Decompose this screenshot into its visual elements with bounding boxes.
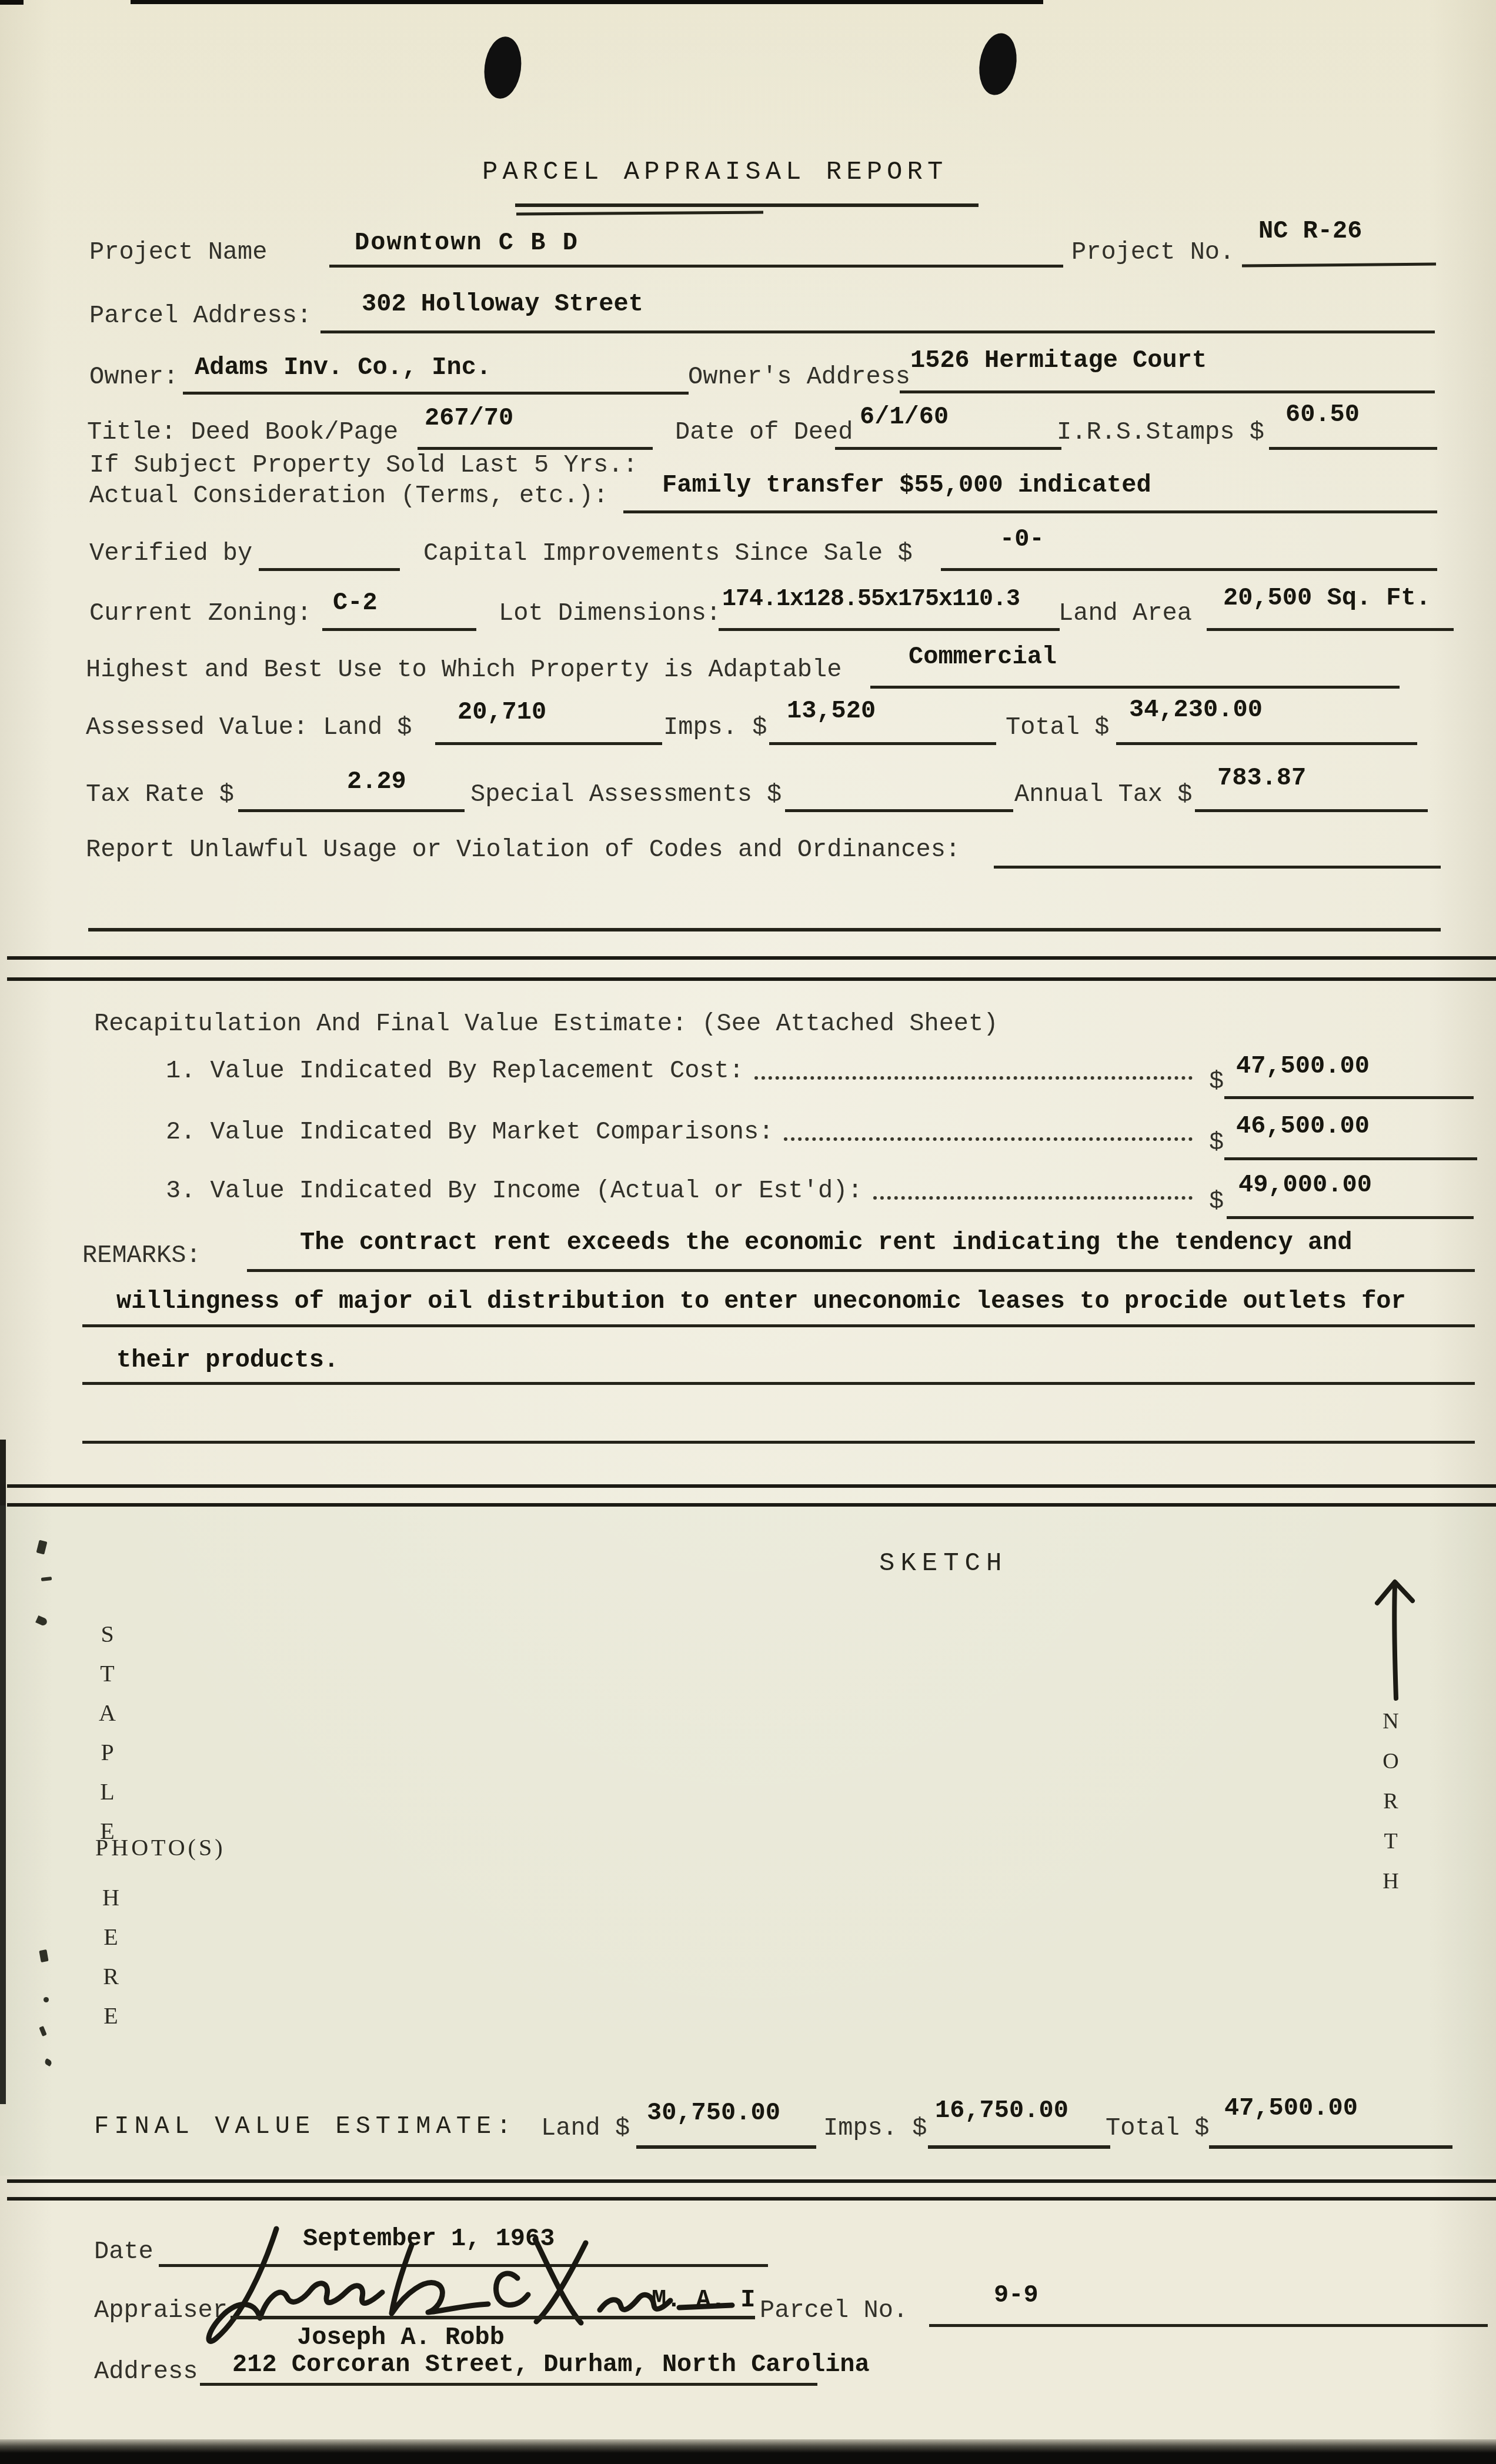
assessed-total-label: Total $ (1006, 715, 1109, 740)
owner-line (183, 392, 689, 395)
assessed-value-label: Assessed Value: Land $ (86, 715, 412, 740)
margin-mark (39, 1949, 48, 1962)
margin-mark (41, 1577, 52, 1581)
final-imps-line (928, 2145, 1110, 2149)
recap-item-1: 1. Value Indicated By Replacement Cost: (166, 1053, 1201, 1083)
assessed-total-line (1116, 742, 1417, 745)
recap-item-2-value: 46,500.00 (1236, 1114, 1370, 1138)
here-vertical-text: HERE (99, 1884, 122, 2042)
recap-item-1-label: 1. Value Indicated By Replacement Cost: (166, 1059, 744, 1083)
remarks-rule-1 (247, 1269, 1475, 1272)
highest-best-use-value: Commercial (909, 645, 1057, 669)
section-divider-double (7, 2179, 1496, 2201)
final-value-label: FINAL VALUE ESTIMATE: (94, 2112, 516, 2141)
section-rule (88, 928, 1441, 931)
section-divider-double (7, 1484, 1496, 1507)
photos-label: PHOTO(S) (95, 1836, 226, 1859)
remarks-label: REMARKS: (82, 1243, 201, 1268)
margin-mark (44, 1997, 49, 2002)
current-zoning-label: Current Zoning: (89, 601, 312, 626)
remarks-line-2: willingness of major oil distribution to… (116, 1289, 1406, 1314)
owners-address-label: Owner's Address (688, 365, 910, 389)
date-label: Date (94, 2239, 153, 2264)
north-arrow-icon (1365, 1562, 1424, 1703)
parcel-address-line (320, 330, 1435, 333)
recap-item-1-value: 47,500.00 (1236, 1054, 1370, 1079)
assessed-imps-label: Imps. $ (663, 715, 767, 740)
unlawful-usage-label: Report Unlawful Usage or Violation of Co… (86, 837, 960, 862)
recap-item-3-value: 49,000.00 (1238, 1173, 1372, 1197)
assessed-land-value: 20,710 (458, 700, 546, 724)
date-of-deed-label: Date of Deed (675, 420, 853, 445)
recap-heading: Recapitulation And Final Value Estimate:… (94, 1011, 998, 1036)
remarks-rule-3 (82, 1382, 1475, 1385)
appraiser-typed-name: Joseph A. Robb (297, 2325, 505, 2350)
north-vertical-text: NORTH (1380, 1709, 1402, 1909)
recap-item-2-currency: $ (1209, 1130, 1224, 1155)
owner-label: Owner: (89, 365, 178, 389)
recap-item-2-label: 2. Value Indicated By Market Comparisons… (166, 1120, 773, 1144)
unlawful-usage-line (994, 866, 1441, 869)
appraiser-designation: M. A. I (652, 2288, 755, 2312)
verified-by-line (259, 568, 400, 571)
highest-best-use-label: Highest and Best Use to Which Property i… (86, 657, 841, 682)
highest-best-use-line (870, 686, 1400, 689)
recap-item-2-line (1224, 1157, 1477, 1160)
final-total-line (1209, 2145, 1452, 2149)
address-label: Address (94, 2359, 198, 2384)
project-name-label: Project Name (89, 240, 267, 265)
recap-item-3: 3. Value Indicated By Income (Actual or … (166, 1173, 1201, 1203)
remarks-rule-2 (82, 1324, 1475, 1327)
tax-rate-label: Tax Rate $ (86, 782, 234, 807)
deed-book-value: 267/70 (425, 406, 513, 430)
irs-stamps-label: I.R.S.Stamps $ (1057, 420, 1264, 445)
remarks-line-3: their products. (116, 1348, 339, 1373)
land-area-value: 20,500 Sq. Ft. (1223, 586, 1431, 610)
owners-address-value: 1526 Hermitage Court (910, 348, 1207, 373)
remarks-line-1: The contract rent exceeds the economic r… (300, 1230, 1353, 1255)
assessed-total-value: 34,230.00 (1129, 697, 1263, 722)
title-underline (515, 203, 979, 207)
current-zoning-line (322, 628, 476, 631)
final-land-value: 30,750.00 (647, 2101, 780, 2125)
tax-rate-value: 2.29 (347, 769, 406, 794)
address-value: 212 Corcoran Street, Durham, North Carol… (232, 2352, 870, 2377)
recap-item-2: 2. Value Indicated By Market Comparisons… (166, 1114, 1201, 1144)
margin-mark (35, 1615, 48, 1627)
address-line (200, 2383, 817, 2386)
staple-vertical-text: STAPLE (95, 1621, 119, 1857)
page-title: PARCEL APPRAISAL REPORT (482, 158, 947, 187)
capital-improvements-label: Capital Improvements Since Sale $ (423, 541, 913, 566)
recap-item-1-currency: $ (1209, 1069, 1224, 1094)
current-zoning-value: C-2 (333, 590, 378, 615)
section-divider-double (7, 956, 1496, 981)
date-of-deed-value: 6/1/60 (860, 405, 949, 429)
appraiser-line (231, 2316, 755, 2319)
special-assessments-label: Special Assessments $ (470, 782, 782, 807)
actual-consideration-label: Actual Consideration (Terms, etc.): (89, 483, 608, 508)
dotted-leader (754, 1076, 1193, 1080)
parcel-address-label: Parcel Address: (89, 303, 312, 328)
title-underline-2 (516, 211, 763, 216)
irs-stamps-value: 60.50 (1285, 402, 1360, 427)
deed-book-line (418, 447, 653, 450)
hole-punch-left (481, 35, 525, 101)
assessed-imps-value: 13,520 (787, 699, 876, 723)
recap-item-3-line (1227, 1216, 1474, 1219)
lot-dimensions-line (719, 628, 1060, 631)
deed-book-label: Title: Deed Book/Page (87, 420, 398, 445)
capital-improvements-value: -0- (1000, 527, 1044, 552)
dotted-leader (873, 1196, 1193, 1200)
project-name-line (329, 265, 1063, 268)
lot-dimensions-value: 174.1x128.55x175x110.3 (722, 588, 1020, 612)
margin-mark (39, 2026, 46, 2036)
recap-item-1-line (1224, 1096, 1474, 1099)
actual-consideration-value: Family transfer $55,000 indicated (662, 473, 1151, 498)
verified-by-label: Verified by (89, 541, 252, 566)
final-total-label: Total $ (1106, 2116, 1209, 2141)
parcel-appraisal-report-scan: PARCEL APPRAISAL REPORT Project Name Dow… (0, 0, 1496, 2464)
scan-edge-bottom (0, 2439, 1496, 2464)
final-land-label: Land $ (541, 2116, 630, 2141)
assessed-imps-line (769, 742, 996, 745)
tax-rate-line (238, 809, 465, 812)
hole-punch-right (975, 31, 1021, 98)
special-assessments-line (785, 809, 1013, 812)
assessed-land-line (435, 742, 662, 745)
parcel-no-value: 9-9 (994, 2283, 1038, 2308)
lot-dimensions-label: Lot Dimensions: (499, 601, 721, 626)
scan-edge-left (0, 1440, 6, 2104)
parcel-no-line (929, 2324, 1488, 2327)
irs-stamps-line (1269, 447, 1437, 450)
margin-mark (36, 1540, 48, 1555)
project-no-line (1242, 263, 1436, 268)
scan-edge-top (131, 0, 1043, 4)
annual-tax-label: Annual Tax $ (1014, 782, 1192, 807)
sold-last-5-label: If Subject Property Sold Last 5 Yrs.: (89, 453, 638, 478)
final-land-line (636, 2145, 816, 2149)
actual-consideration-line (623, 510, 1437, 513)
project-name-value: Downtown C B D (355, 231, 579, 255)
annual-tax-line (1195, 809, 1428, 812)
owner-value: Adams Inv. Co., Inc. (195, 355, 491, 380)
scan-edge-top-corner (0, 0, 24, 5)
sketch-heading: SKETCH (879, 1549, 1007, 1578)
project-no-value: NC R-26 (1258, 219, 1362, 243)
annual-tax-value: 783.87 (1217, 766, 1306, 790)
final-total-value: 47,500.00 (1224, 2096, 1358, 2121)
project-no-label: Project No. (1071, 240, 1234, 265)
recap-item-3-currency: $ (1209, 1189, 1224, 1214)
land-area-label: Land Area (1058, 601, 1192, 626)
final-imps-value: 16,750.00 (935, 2098, 1068, 2123)
parcel-address-value: 302 Holloway Street (362, 292, 643, 316)
owners-address-line (900, 390, 1435, 393)
final-imps-label: Imps. $ (823, 2116, 927, 2141)
margin-mark (44, 2058, 52, 2067)
remarks-rule-4 (82, 1441, 1475, 1444)
dotted-leader (784, 1137, 1193, 1141)
land-area-line (1207, 628, 1454, 631)
date-of-deed-line (835, 447, 1061, 450)
parcel-no-label: Parcel No. (760, 2298, 908, 2323)
recap-item-3-label: 3. Value Indicated By Income (Actual or … (166, 1178, 863, 1203)
capital-improvements-line (941, 568, 1437, 571)
